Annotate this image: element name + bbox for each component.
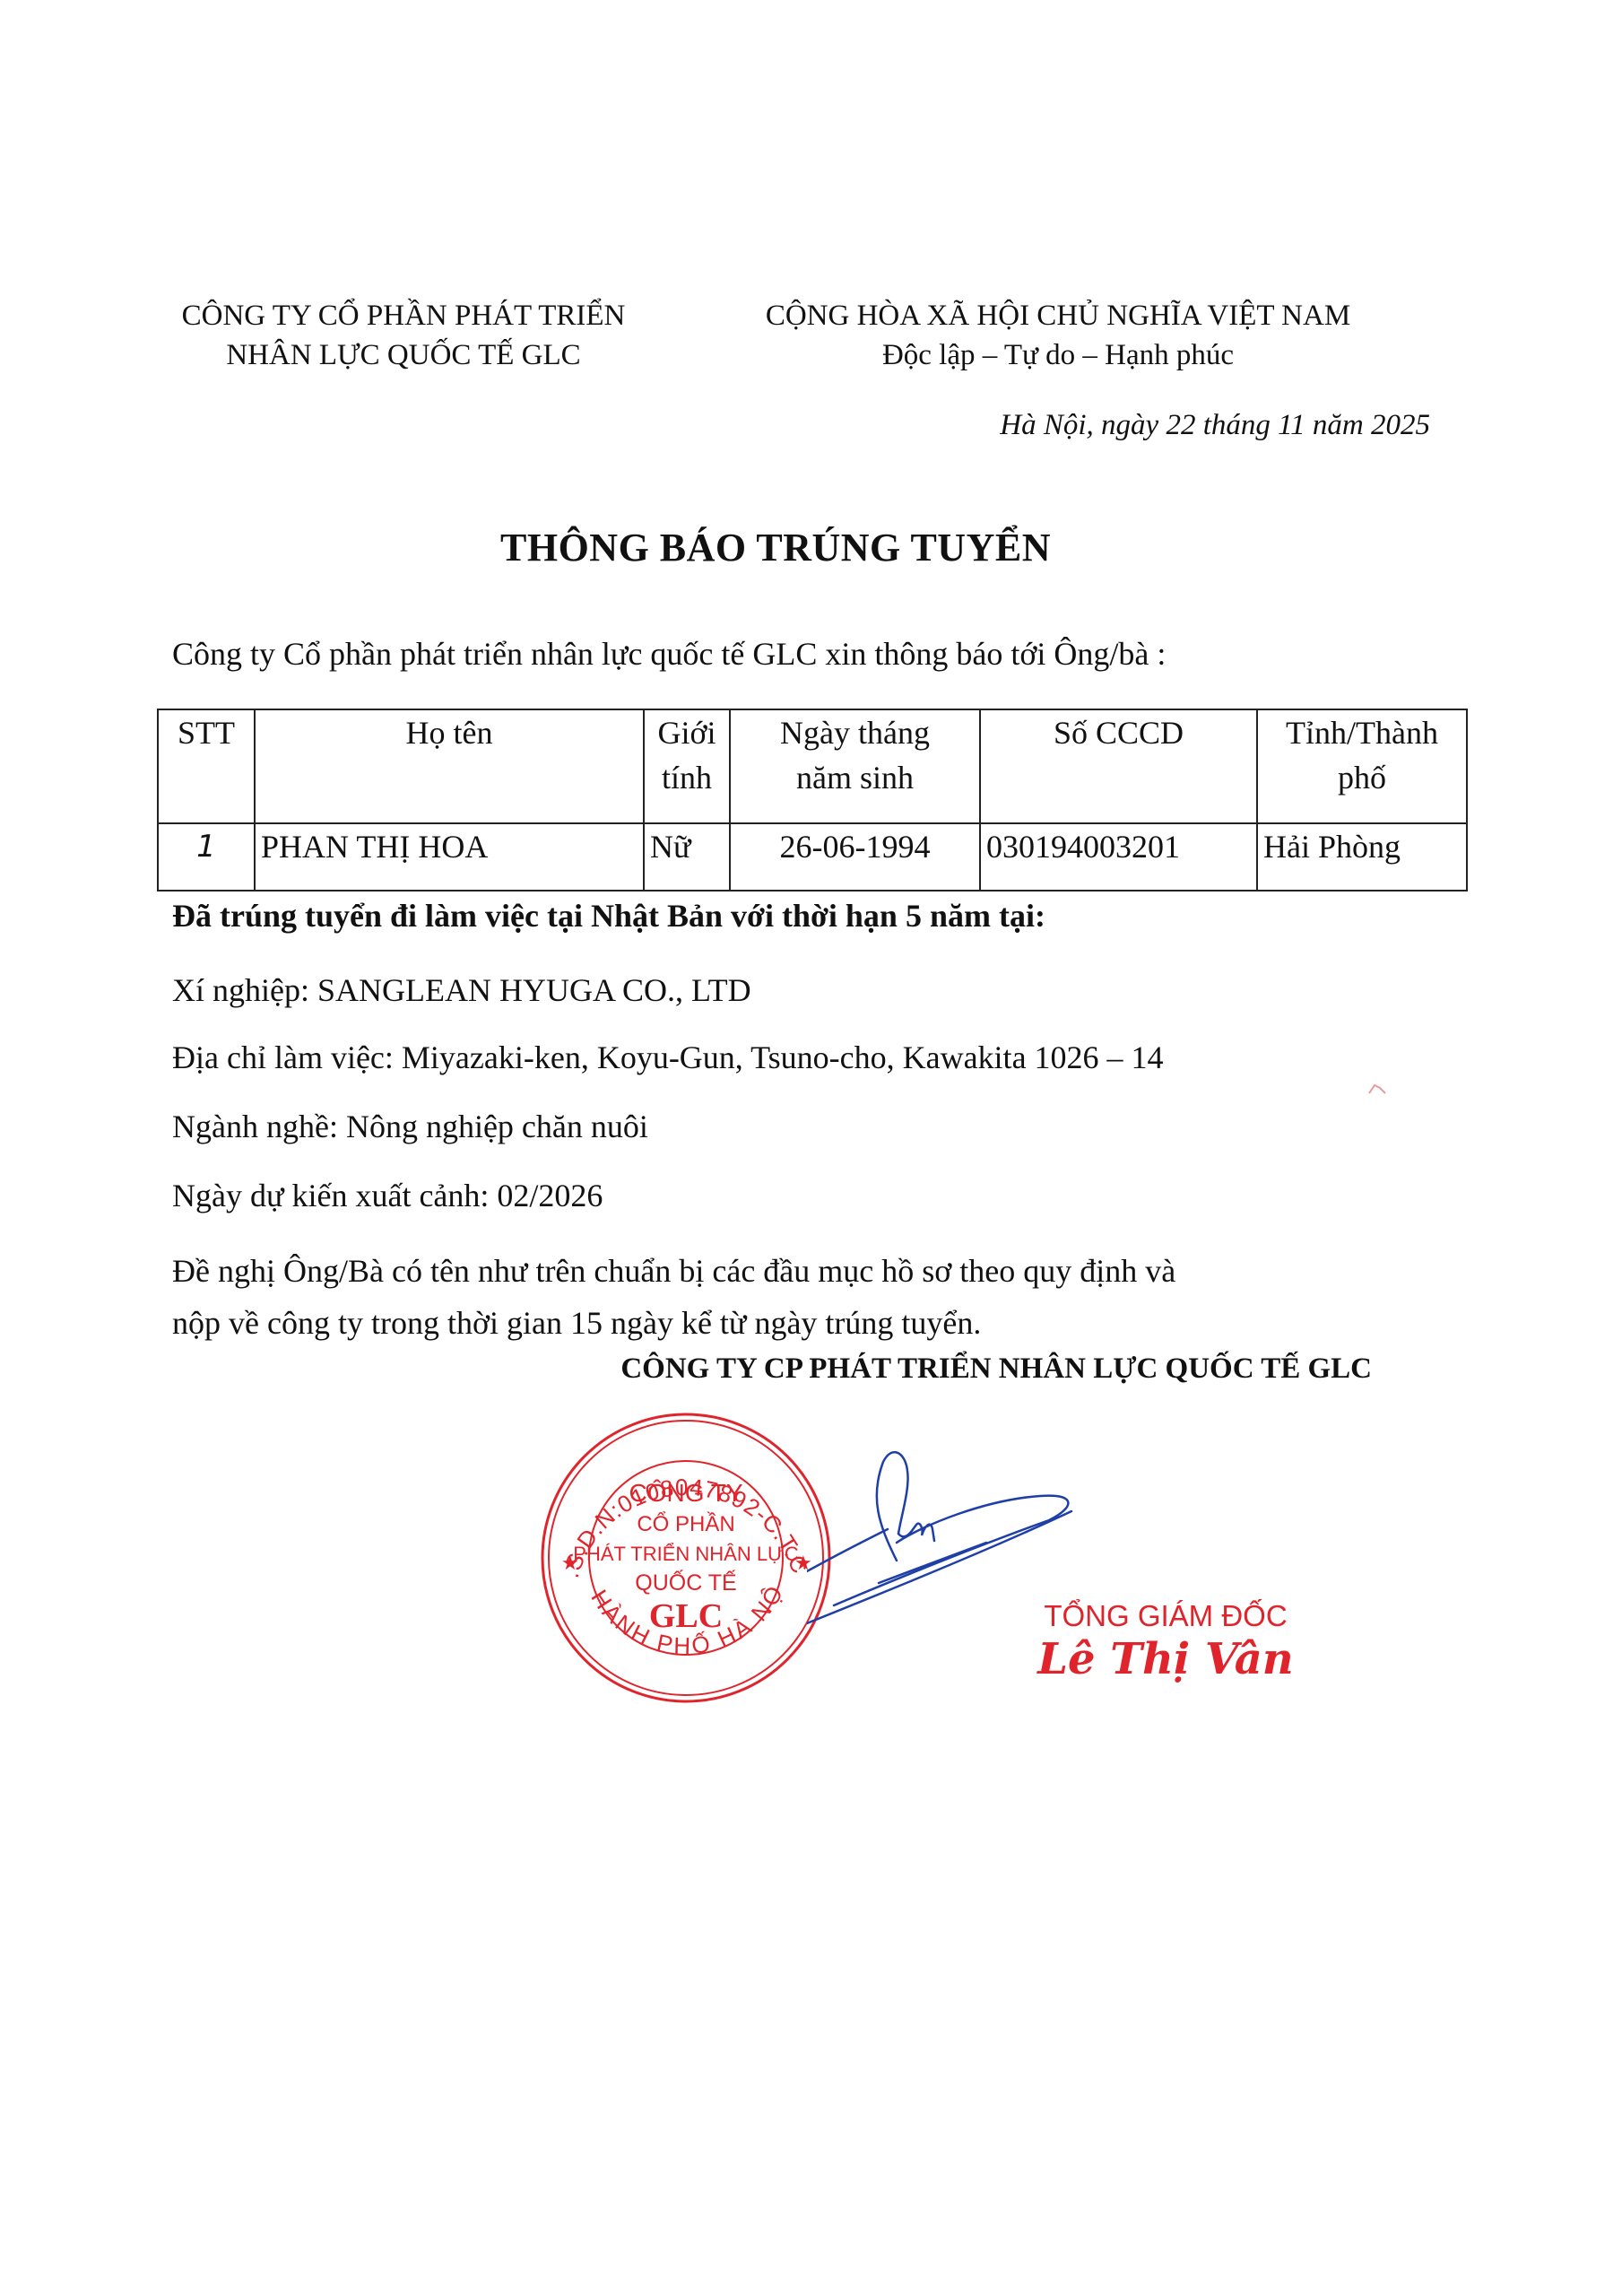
document-title: THÔNG BÁO TRÚNG TUYỂN (0, 525, 1551, 570)
svg-text:CÔNG TY: CÔNG TY (629, 1479, 742, 1507)
issuer-company-line2: NHÂN LỰC QUỐC TẾ GLC (134, 335, 672, 375)
result-statement: Đã trúng tuyển đi làm việc tại Nhật Bản … (172, 897, 1045, 935)
signing-company: CÔNG TY CP PHÁT TRIỂN NHÂN LỰC QUỐC TẾ G… (538, 1352, 1372, 1386)
svg-text:GLC: GLC (649, 1597, 723, 1635)
work-field: Ngành nghề: Nông nghiệp chăn nuôi (172, 1108, 648, 1145)
column-header-text: STT (164, 710, 248, 755)
column-header-text: năm sinh (736, 755, 974, 800)
intro-text: Công ty Cổ phần phát triển nhân lực quốc… (172, 635, 1166, 673)
svg-text:CỔ PHẦN: CỔ PHẦN (637, 1511, 734, 1536)
table-header-row: STTHọ tênGiớitínhNgày thángnăm sinhSố CC… (158, 709, 1467, 823)
svg-text:PHÁT TRIỂN NHÂN LỰC: PHÁT TRIỂN NHÂN LỰC (573, 1543, 799, 1565)
nation-motto: Độc lập – Tự do – Hạnh phúc (717, 335, 1399, 375)
column-header: Tỉnh/Thànhphố (1257, 709, 1467, 823)
column-header: Số CCCD (980, 709, 1257, 823)
column-header-text: phố (1263, 755, 1461, 800)
column-header-text: Giới (650, 710, 724, 755)
table-row: 1PHAN THỊ HOANữ26-06-1994030194003201Hải… (158, 823, 1467, 891)
table-cell: PHAN THỊ HOA (255, 823, 644, 891)
work-address: Địa chỉ làm việc: Miyazaki-ken, Koyu-Gun… (172, 1039, 1164, 1076)
column-header-text: Số CCCD (986, 710, 1251, 755)
column-header: Họ tên (255, 709, 644, 823)
candidate-table: STTHọ tênGiớitínhNgày thángnăm sinhSố CC… (157, 709, 1468, 891)
company-seal-stamp-icon: M.S.D.N:0108047892-C.T.C.P THÀNH PHỐ HÀ … (538, 1410, 834, 1706)
nation-name: CỘNG HÒA XÃ HỘI CHỦ NGHĨA VIỆT NAM (717, 296, 1399, 335)
table-cell: 26-06-1994 (730, 823, 980, 891)
column-header: Ngày thángnăm sinh (730, 709, 980, 823)
issuer-company-line1: CÔNG TY CỔ PHẦN PHÁT TRIỂN (134, 296, 672, 335)
national-motto-header: CỘNG HÒA XÃ HỘI CHỦ NGHĨA VIỆT NAM Độc l… (717, 296, 1399, 375)
place-date: Hà Nội, ngày 22 tháng 11 năm 2025 (897, 409, 1430, 442)
column-header-text: Ngày tháng (736, 710, 974, 755)
svg-text:QUỐC TẾ: QUỐC TẾ (635, 1569, 736, 1596)
director-name: Lê Thị Vân (986, 1634, 1345, 1684)
column-header-text: tính (650, 755, 724, 800)
column-header: Giớitính (644, 709, 730, 823)
request-line2: nộp về công ty trong thời gian 15 ngày k… (172, 1297, 1175, 1349)
column-header-text: Tỉnh/Thành (1263, 710, 1461, 755)
request-paragraph: Đề nghị Ông/Bà có tên như trên chuẩn bị … (172, 1245, 1175, 1349)
director-title: TỔNG GIÁM ĐỐC (986, 1599, 1345, 1633)
table-cell: Nữ (644, 823, 730, 891)
table-cell: 1 (158, 823, 255, 891)
request-line1: Đề nghị Ông/Bà có tên như trên chuẩn bị … (172, 1245, 1175, 1297)
table-cell: Hải Phòng (1257, 823, 1467, 891)
employer-company: Xí nghiệp: SANGLEAN HYUGA CO., LTD (172, 971, 751, 1009)
issuer-company-header: CÔNG TY CỔ PHẦN PHÁT TRIỂN NHÂN LỰC QUỐC… (134, 296, 672, 375)
column-header: STT (158, 709, 255, 823)
table-cell: 030194003201 (980, 823, 1257, 891)
ink-smudge-mark (1367, 1083, 1387, 1095)
departure-date: Ngày dự kiến xuất cảnh: 02/2026 (172, 1177, 603, 1214)
column-header-text: Họ tên (261, 710, 638, 755)
